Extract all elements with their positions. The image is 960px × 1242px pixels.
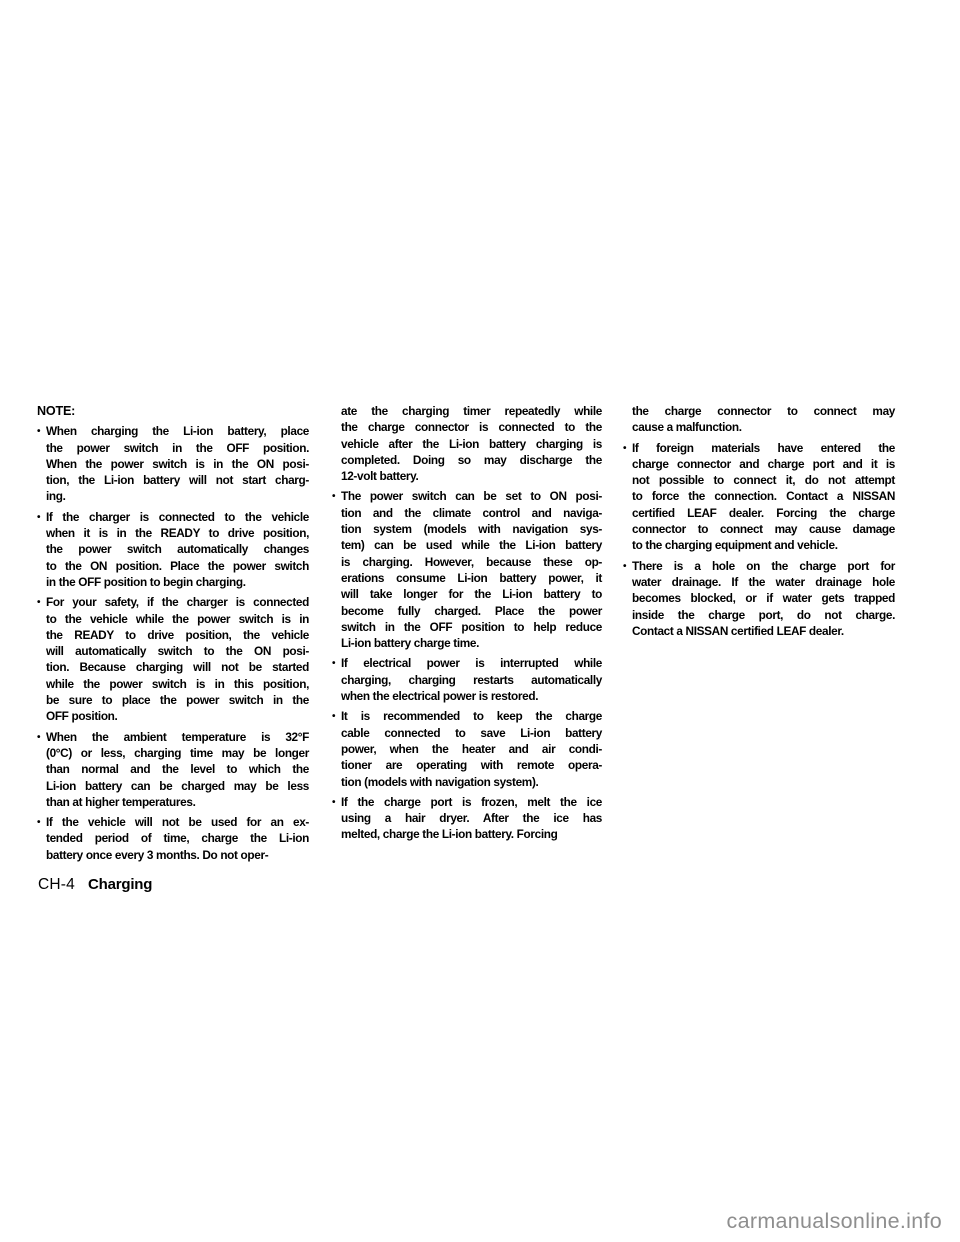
text-line: NOTE:	[37, 403, 309, 419]
text-line: Contact a NISSAN certified LEAF dealer.	[632, 623, 895, 639]
bullet-icon: •	[332, 489, 336, 505]
text-column-1: NOTE:•When charging the Li-ion battery, …	[37, 403, 309, 863]
text-line: becomes blocked, or if water gets trappe…	[632, 590, 895, 606]
bullet-item: •If foreign materials have entered thech…	[623, 440, 895, 554]
text-line: ate the charging timer repeatedly while	[341, 403, 602, 419]
text-line: while the power switch is in this positi…	[46, 676, 309, 692]
paragraph-continuation: ate the charging timer repeatedly whilet…	[332, 403, 602, 484]
text-line: is charging. However, because these op-	[341, 554, 602, 570]
bullet-item: •When the ambient temperature is 32°F(0°…	[37, 729, 309, 810]
text-line: to the vehicle while the power switch is…	[46, 611, 309, 627]
text-column-2: ate the charging timer repeatedly whilet…	[332, 403, 602, 843]
text-line: power, when the heater and air condi-	[341, 741, 602, 757]
text-line: tion (models with navigation system).	[341, 774, 602, 790]
text-line: than at higher temperatures.	[46, 794, 309, 810]
text-line: tended period of time, charge the Li-ion	[46, 830, 309, 846]
text-line: It is recommended to keep the charge	[341, 708, 602, 724]
text-line: certified LEAF dealer. Forcing the charg…	[632, 505, 895, 521]
text-line: 12-volt battery.	[341, 468, 602, 484]
text-line: For your safety, if the charger is conne…	[46, 594, 309, 610]
text-line: tion, the Li-ion battery will not start …	[46, 472, 309, 488]
text-line: (0°C) or less, charging time may be long…	[46, 745, 309, 761]
bullet-item: •There is a hole on the charge port forw…	[623, 558, 895, 639]
text-line: completed. Doing so may discharge the	[341, 452, 602, 468]
text-line: to the ON position. Place the power swit…	[46, 558, 309, 574]
text-line: When the power switch is in the ON posi-	[46, 456, 309, 472]
note-heading: NOTE:	[37, 403, 309, 419]
text-line: cable connected to save Li-ion battery	[341, 725, 602, 741]
bullet-icon: •	[623, 559, 627, 575]
text-line: to the charging equipment and vehicle.	[632, 537, 895, 553]
bullet-icon: •	[37, 730, 41, 746]
paragraph-continuation: the charge connector to connect maycause…	[623, 403, 895, 436]
text-line: when the electrical power is restored.	[341, 688, 602, 704]
text-line: in the OFF position to begin charging.	[46, 574, 309, 590]
text-line: melted, charge the Li-ion battery. Forci…	[341, 826, 602, 842]
text-line: charging, charging restarts automaticall…	[341, 672, 602, 688]
bullet-icon: •	[332, 709, 336, 725]
text-line: tem) can be used while the Li-ion batter…	[341, 537, 602, 553]
manual-page: NOTE:•When charging the Li-ion battery, …	[0, 0, 960, 1242]
footer: CH-4 Charging	[38, 876, 152, 894]
text-line: The power switch can be set to ON posi-	[341, 488, 602, 504]
bullet-item: •If electrical power is interrupted whil…	[332, 655, 602, 704]
text-line: tion and the climate control and naviga-	[341, 505, 602, 521]
text-line: Li-ion battery can be charged may be les…	[46, 778, 309, 794]
bullet-icon: •	[37, 815, 41, 831]
text-line: using a hair dryer. After the ice has	[341, 810, 602, 826]
bullet-item: •If the charger is connected to the vehi…	[37, 509, 309, 590]
text-line: tioner are operating with remote opera-	[341, 757, 602, 773]
text-line: Li-ion battery charge time.	[341, 635, 602, 651]
text-line: to force the connection. Contact a NISSA…	[632, 488, 895, 504]
text-line: If the charger is connected to the vehic…	[46, 509, 309, 525]
text-line: will automatically switch to the ON posi…	[46, 643, 309, 659]
text-line: the power switch automatically changes	[46, 541, 309, 557]
bullet-item: •For your safety, if the charger is conn…	[37, 594, 309, 724]
text-line: tion system (models with navigation sys-	[341, 521, 602, 537]
text-line: will take longer for the Li-ion battery …	[341, 586, 602, 602]
bullet-icon: •	[332, 795, 336, 811]
text-column-3: the charge connector to connect maycause…	[623, 403, 895, 639]
text-line: If foreign materials have entered the	[632, 440, 895, 456]
text-line: the READY to drive position, the vehicle	[46, 627, 309, 643]
text-line: tion. Because charging will not be start…	[46, 659, 309, 675]
text-line: When charging the Li-ion battery, place	[46, 423, 309, 439]
section-title: Charging	[88, 876, 152, 893]
bullet-icon: •	[37, 595, 41, 611]
bullet-item: •It is recommended to keep the chargecab…	[332, 708, 602, 789]
text-line: OFF position.	[46, 708, 309, 724]
text-line: If electrical power is interrupted while	[341, 655, 602, 671]
text-line: inside the charge port, do not charge.	[632, 607, 895, 623]
text-line: be sure to place the power switch in the	[46, 692, 309, 708]
page-number: CH-4	[38, 876, 75, 894]
text-line: become fully charged. Place the power	[341, 603, 602, 619]
text-line: vehicle after the Li-ion battery chargin…	[341, 436, 602, 452]
text-line: switch in the OFF position to help reduc…	[341, 619, 602, 635]
text-line: When the ambient temperature is 32°F	[46, 729, 309, 745]
bullet-item: •When charging the Li-ion battery, place…	[37, 423, 309, 504]
text-line: when it is in the READY to drive positio…	[46, 525, 309, 541]
text-line: There is a hole on the charge port for	[632, 558, 895, 574]
text-line: the charge connector to connect may	[632, 403, 895, 419]
text-line: not possible to connect it, do not attem…	[632, 472, 895, 488]
watermark: carmanualsonline.info	[727, 1209, 942, 1234]
bullet-icon: •	[37, 424, 41, 440]
text-line: If the charge port is frozen, melt the i…	[341, 794, 602, 810]
text-line: battery once every 3 months. Do not oper…	[46, 847, 309, 863]
bullet-item: •If the charge port is frozen, melt the …	[332, 794, 602, 843]
text-line: charge connector and charge port and it …	[632, 456, 895, 472]
text-line: If the vehicle will not be used for an e…	[46, 814, 309, 830]
text-line: the power switch in the OFF position.	[46, 440, 309, 456]
text-line: erations consume Li-ion battery power, i…	[341, 570, 602, 586]
text-line: cause a malfunction.	[632, 419, 895, 435]
bullet-item: •The power switch can be set to ON posi-…	[332, 488, 602, 651]
bullet-icon: •	[623, 441, 627, 457]
text-line: than normal and the level to which the	[46, 761, 309, 777]
text-line: ing.	[46, 488, 309, 504]
text-line: connector to connect may cause damage	[632, 521, 895, 537]
bullet-item: •If the vehicle will not be used for an …	[37, 814, 309, 863]
text-line: water drainage. If the water drainage ho…	[632, 574, 895, 590]
bullet-icon: •	[37, 510, 41, 526]
bullet-icon: •	[332, 656, 336, 672]
text-line: the charge connector is connected to the	[341, 419, 602, 435]
